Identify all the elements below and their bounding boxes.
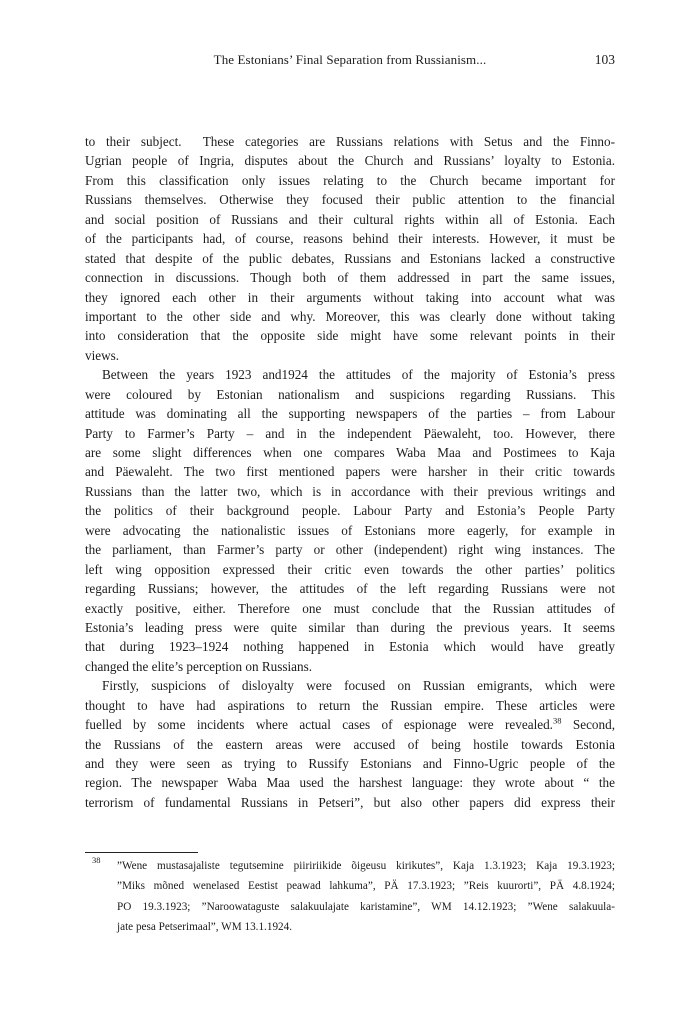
body-line: that during 1923–1924 nothing happened i… <box>85 637 615 656</box>
footnote-text: 38 ”Wene mustasajaliste tegutsemine piir… <box>85 856 615 937</box>
body-line: regarding Russians; however, the attitud… <box>85 579 615 598</box>
footnote-number: 38 <box>92 855 101 865</box>
text-segment: left wing opposition expressed their cri… <box>85 562 615 577</box>
text-segment: important to the other side and why. Mor… <box>85 309 615 324</box>
body-line: were coloured by Estonian nationalism an… <box>85 385 615 404</box>
text-segment: were advocating the nationalistic issues… <box>85 523 615 538</box>
body-line: were advocating the nationalistic issues… <box>85 521 615 540</box>
footnote-line: ”Miks mõned wenelased Eestist peawad lah… <box>85 876 615 896</box>
text-segment: regarding Russians; however, the attitud… <box>85 581 615 596</box>
text-segment: changed the elite’s perception on Russia… <box>85 659 312 674</box>
text-segment: and they were seen as trying to Russify … <box>85 756 615 771</box>
text-segment: thought to have had aspirations to retur… <box>85 698 615 713</box>
footnote: 38 ”Wene mustasajaliste tegutsemine piir… <box>85 856 615 937</box>
paragraph: Firstly, suspicions of disloyalty were f… <box>85 676 615 812</box>
text-segment: connection in discussions. Though both o… <box>85 270 615 285</box>
body-line: thought to have had aspirations to retur… <box>85 696 615 715</box>
paragraph: Between the years 1923 and1924 the attit… <box>85 365 615 676</box>
text-segment: stated that despite of the public debate… <box>85 251 615 266</box>
text-segment: Russians than the latter two, which is i… <box>85 484 615 499</box>
text-segment: the politics of their background people.… <box>85 503 615 518</box>
body-line: Ugrian people of Ingria, disputes about … <box>85 151 615 170</box>
footnote-line: jate pesa Petserimaal”, WM 13.1.1924. <box>85 917 615 937</box>
document-page: The Estonians’ Final Separation from Rus… <box>0 0 700 1014</box>
body-line: terrorism of fundamental Russians in Pet… <box>85 793 615 812</box>
footnote-line: PO 19.3.1923; ”Naroowataguste salakuulaj… <box>85 897 615 917</box>
text-segment: views. <box>85 348 119 363</box>
text-segment: Between the years 1923 and1924 the attit… <box>102 367 615 382</box>
body-line: important to the other side and why. Mor… <box>85 307 615 326</box>
body-line: region. The newspaper Waba Maa used the … <box>85 773 615 792</box>
text-segment: fuelled by some incidents where actual c… <box>85 717 553 732</box>
text-segment: Second, <box>561 717 615 732</box>
body-line: connection in discussions. Though both o… <box>85 268 615 287</box>
body-line: views. <box>85 346 615 365</box>
text-segment: attitude was dominating all the supporti… <box>85 406 615 421</box>
body-line: Between the years 1923 and1924 the attit… <box>85 365 615 384</box>
body-line: Russians than the latter two, which is i… <box>85 482 615 501</box>
body-line: left wing opposition expressed their cri… <box>85 560 615 579</box>
body-line: stated that despite of the public debate… <box>85 249 615 268</box>
body-line: to their subject. These categories are R… <box>85 132 615 151</box>
text-segment: and Päewaleht. The two first mentioned p… <box>85 464 615 479</box>
body-line: Estonia’s leading press were quite simil… <box>85 618 615 637</box>
text-segment: of the participants had, of course, reas… <box>85 231 615 246</box>
text-segment: Ugrian people of Ingria, disputes about … <box>85 153 615 168</box>
text-segment: region. The newspaper Waba Maa used the … <box>85 775 615 790</box>
text-segment: the parliament, than Farmer’s party or o… <box>85 542 615 557</box>
body-line: From this classification only issues rel… <box>85 171 615 190</box>
body-line: the Russians of the eastern areas were a… <box>85 735 615 754</box>
footnote-line: ”Wene mustasajaliste tegutsemine piiriri… <box>85 856 615 876</box>
running-title: The Estonians’ Final Separation from Rus… <box>85 52 615 68</box>
text-segment: were coloured by Estonian nationalism an… <box>85 387 615 402</box>
text-segment: to their subject. These categories are R… <box>85 134 615 149</box>
body-line: are some slight differences when one com… <box>85 443 615 462</box>
body-line: the parliament, than Farmer’s party or o… <box>85 540 615 559</box>
text-segment: Russians themselves. Otherwise they focu… <box>85 192 615 207</box>
body-line: Party to Farmer’s Party – and in the ind… <box>85 424 615 443</box>
text-segment: that during 1923–1924 nothing happened i… <box>85 639 615 654</box>
body-line: and Päewaleht. The two first mentioned p… <box>85 462 615 481</box>
text-segment: terrorism of fundamental Russians in Pet… <box>85 795 615 810</box>
text-segment: the Russians of the eastern areas were a… <box>85 737 615 752</box>
body-line: and social position of Russians and thei… <box>85 210 615 229</box>
body-line: attitude was dominating all the supporti… <box>85 404 615 423</box>
text-segment: From this classification only issues rel… <box>85 173 615 188</box>
body-line: Firstly, suspicions of disloyalty were f… <box>85 676 615 695</box>
body-line: into consideration that the opposite sid… <box>85 326 615 345</box>
body-line: of the participants had, of course, reas… <box>85 229 615 248</box>
text-segment: into consideration that the opposite sid… <box>85 328 615 343</box>
body-line: exactly positive, either. Therefore one … <box>85 599 615 618</box>
text-segment: exactly positive, either. Therefore one … <box>85 601 615 616</box>
text-segment: they ignored each other in their argumen… <box>85 290 615 305</box>
text-segment: Firstly, suspicions of disloyalty were f… <box>102 678 615 693</box>
body-line: Russians themselves. Otherwise they focu… <box>85 190 615 209</box>
text-segment: Party to Farmer’s Party – and in the ind… <box>85 426 615 441</box>
body-line: they ignored each other in their argumen… <box>85 288 615 307</box>
body-line: changed the elite’s perception on Russia… <box>85 657 615 676</box>
text-segment: Estonia’s leading press were quite simil… <box>85 620 615 635</box>
text-segment: are some slight differences when one com… <box>85 445 615 460</box>
body-line: and they were seen as trying to Russify … <box>85 754 615 773</box>
running-header: The Estonians’ Final Separation from Rus… <box>85 52 615 70</box>
page-number: 103 <box>595 52 615 68</box>
text-segment: and social position of Russians and thei… <box>85 212 615 227</box>
body-line: fuelled by some incidents where actual c… <box>85 715 615 734</box>
body-text: to their subject. These categories are R… <box>85 132 615 812</box>
footnote-separator <box>85 852 198 853</box>
body-line: the politics of their background people.… <box>85 501 615 520</box>
paragraph: to their subject. These categories are R… <box>85 132 615 365</box>
